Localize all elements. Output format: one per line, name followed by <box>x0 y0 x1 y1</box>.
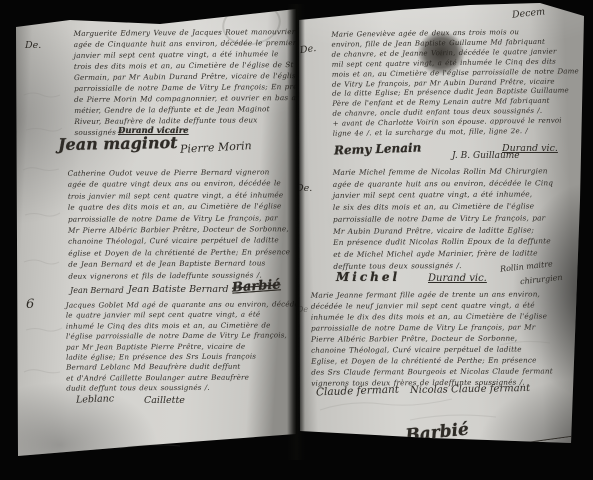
book-gutter <box>287 4 305 460</box>
manuscript-photo: De. Marguerite Edmery Veuve de Jacques R… <box>0 0 593 480</box>
